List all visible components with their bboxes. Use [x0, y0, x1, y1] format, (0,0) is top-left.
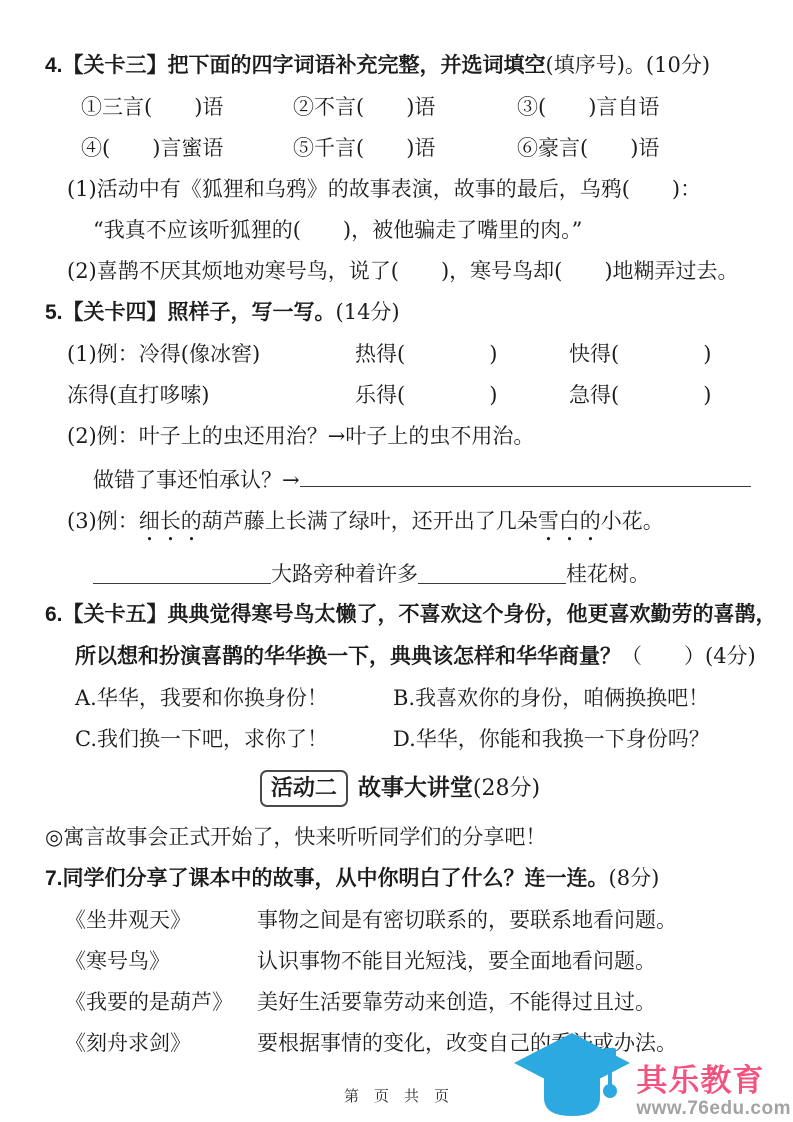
option-b: B.我喜欢你的身份，咱俩换换吧！	[393, 685, 709, 711]
option-c-label: C.	[75, 727, 97, 751]
activity2-badge: 活动二	[260, 770, 348, 807]
fill-cell: 乐得( )	[355, 382, 569, 408]
option-c: C.我们换一下吧，求你了！	[75, 726, 393, 752]
q6-answer-blank: （ ）	[621, 644, 705, 668]
idiom-item: ①三言( )语	[81, 94, 293, 120]
answer-blank-line	[300, 464, 751, 487]
option-a-text: 华华，我要和你换身份！	[97, 686, 328, 710]
q6-stem-text1: 典典觉得寒号鸟太懒了，不喜欢这个身份，他更喜欢勤劳的喜鹊，	[168, 603, 777, 626]
option-d-label: D.	[393, 727, 416, 751]
match-pair-row: 《我要的是葫芦》 美好生活要靠劳动来创造，不能得过且过。	[65, 989, 755, 1015]
story-title: 《坐井观天》	[65, 907, 257, 933]
answer-blank-line	[93, 561, 271, 584]
idiom-item: ④( )言蜜语	[81, 135, 293, 161]
story-title: 《刻舟求剑》	[65, 1030, 257, 1056]
q5-sub3-answer: 大路旁种着许多桂花树。	[93, 561, 755, 587]
brand-text-block: 其乐教育 www.76edu.com	[636, 1064, 791, 1120]
story-title: 《寒号鸟》	[65, 948, 257, 974]
q5-fill-row-1: (1)例：冷得(像冰窖) 热得( ) 快得( )	[67, 341, 755, 367]
activity2-title: 故事大讲堂	[358, 774, 473, 800]
q5-sub3-prefix: (3)例：	[67, 509, 139, 533]
worksheet-page: 4.【关卡三】把下面的四字词语补充完整，并选词填空(填序号)。(10分) ①三言…	[0, 0, 793, 1122]
q4-sub2: (2)喜鹊不厌其烦地劝寒号鸟，说了( )，寒号鸟却( )地糊弄过去。	[67, 258, 755, 284]
worksheet-content: 4.【关卡三】把下面的四字词语补充完整，并选词填空(填序号)。(10分) ①三言…	[45, 52, 755, 1071]
idiom-item: ②不言( )语	[293, 94, 517, 120]
idiom-item: ③( )言自语	[517, 94, 659, 120]
option-c-text: 我们换一下吧，求你了！	[97, 727, 328, 751]
idiom-item: ⑤千言( )语	[293, 135, 517, 161]
q6-score: (4分)	[705, 644, 756, 668]
q6-stem-text2: 所以想和扮演喜鹊的华华换一下，典典该怎样和华华商量？	[75, 645, 621, 668]
match-pair-row: 《寒号鸟》 认识事物不能目光短浅，要全面地看问题。	[65, 948, 755, 974]
q5-sub3-emphasis-1: 细长的	[139, 509, 202, 533]
story-meaning: 事物之间是有密切联系的，要联系地看问题。	[257, 907, 677, 933]
q6-number: 6.	[45, 603, 63, 626]
story-meaning: 美好生活要靠劳动来创造，不能得过且过。	[257, 989, 656, 1015]
option-b-label: B.	[393, 686, 415, 710]
fill-cell: 急得( )	[569, 382, 711, 408]
page-number-label: 第 页 共 页	[344, 1087, 449, 1105]
q4-stem-note: (填序号)。	[546, 53, 646, 77]
q4-sub1-line1: (1)活动中有《狐狸和乌鸦》的故事表演，故事的最后，乌鸦( )：	[67, 176, 755, 202]
q7-number: 7.	[45, 867, 63, 890]
q5-sub2-example: (2)例：叶子上的虫还用治？→叶子上的虫不用治。	[67, 423, 755, 449]
q4-idiom-row-1: ①三言( )语 ②不言( )语 ③( )言自语	[81, 94, 755, 120]
activity2-heading: 活动二故事大讲堂(28分)	[45, 770, 755, 807]
option-a-label: A.	[75, 686, 97, 710]
brand-logo: 其乐教育 www.76edu.com	[514, 1032, 791, 1122]
fill-cell: (1)例：冷得(像冰窖)	[67, 341, 355, 367]
answer-blank-line	[418, 561, 566, 584]
q5-sub3-mid: 葫芦藤上长满了绿叶，还开出了几朵	[202, 509, 538, 533]
q6-stem-line2: 所以想和扮演喜鹊的华华换一下，典典该怎样和华华商量？（ ）(4分)	[75, 643, 755, 670]
q5-sub3-answer-tail: 桂花树。	[566, 562, 650, 586]
q4-stem: 4.【关卡三】把下面的四字词语补充完整，并选词填空(填序号)。(10分)	[45, 52, 755, 79]
option-d-text: 华华，你能和我换一下身份吗？	[416, 727, 710, 751]
q5-sub3-emphasis-2: 雪白的	[538, 509, 601, 533]
q5-sub2-prompt: 做错了事还怕承认？→	[93, 467, 300, 493]
q4-stem-text: 把下面的四字词语补充完整，并选词填空	[168, 54, 546, 77]
q4-number: 4.	[45, 54, 63, 77]
q5-score: (14分)	[336, 300, 400, 324]
activity2-intro: ◎寓言故事会正式开始了，快来听听同学们的分享吧！	[45, 824, 755, 850]
q4-tag: 【关卡三】	[63, 54, 168, 77]
q6-option-row-2: C.我们换一下吧，求你了！ D.华华，你能和我换一下身份吗？	[75, 726, 755, 752]
q4-idiom-row-2: ④( )言蜜语 ⑤千言( )语 ⑥豪言( )语	[81, 135, 755, 161]
q5-sub3-example: (3)例：细长的葫芦藤上长满了绿叶，还开出了几朵雪白的小花。	[67, 508, 755, 546]
option-b-text: 我喜欢你的身份，咱俩换换吧！	[415, 686, 709, 710]
graduation-cap-icon	[514, 1032, 632, 1122]
q4-sub1-line2: “我真不应该听狐狸的( )，被他骗走了嘴里的肉。”	[93, 217, 755, 243]
q5-number: 5.	[45, 301, 63, 324]
q7-stem: 7.同学们分享了课本中的故事，从中你明白了什么？连一连。(8分)	[45, 865, 755, 892]
q5-sub3-tail: 小花。	[601, 509, 664, 533]
idiom-item: ⑥豪言( )语	[517, 135, 659, 161]
q5-sub2-answer: 做错了事还怕承认？→	[93, 464, 755, 493]
q7-stem-text: 同学们分享了课本中的故事，从中你明白了什么？连一连。	[63, 867, 609, 890]
story-title: 《我要的是葫芦》	[65, 989, 257, 1015]
q6-tag: 【关卡五】	[63, 603, 168, 626]
q6-option-row-1: A.华华，我要和你换身份！ B.我喜欢你的身份，咱俩换换吧！	[75, 685, 755, 711]
q5-stem: 5.【关卡四】照样子，写一写。(14分)	[45, 299, 755, 326]
fill-cell: 热得( )	[355, 341, 569, 367]
q6-stem-line1: 6.【关卡五】典典觉得寒号鸟太懒了，不喜欢这个身份，他更喜欢勤劳的喜鹊，	[45, 602, 755, 628]
q5-fill-row-2: 冻得(直打哆嗦) 乐得( ) 急得( )	[67, 382, 755, 408]
option-a: A.华华，我要和你换身份！	[75, 685, 393, 711]
q5-stem-text: 照样子，写一写。	[168, 301, 336, 324]
fill-cell: 冻得(直打哆嗦)	[67, 382, 355, 408]
activity2-score: (28分)	[473, 776, 540, 801]
brand-name: 其乐教育	[636, 1064, 791, 1098]
fill-cell: 快得( )	[569, 341, 711, 367]
q5-sub3-answer-mid: 大路旁种着许多	[271, 562, 418, 586]
option-d: D.华华，你能和我换一下身份吗？	[393, 726, 710, 752]
q7-score: (8分)	[609, 866, 660, 890]
story-meaning: 认识事物不能目光短浅，要全面地看问题。	[257, 948, 656, 974]
brand-url: www.76edu.com	[636, 1098, 791, 1120]
q5-tag: 【关卡四】	[63, 301, 168, 324]
match-pair-row: 《坐井观天》 事物之间是有密切联系的，要联系地看问题。	[65, 907, 755, 933]
q4-score: (10分)	[646, 53, 710, 77]
